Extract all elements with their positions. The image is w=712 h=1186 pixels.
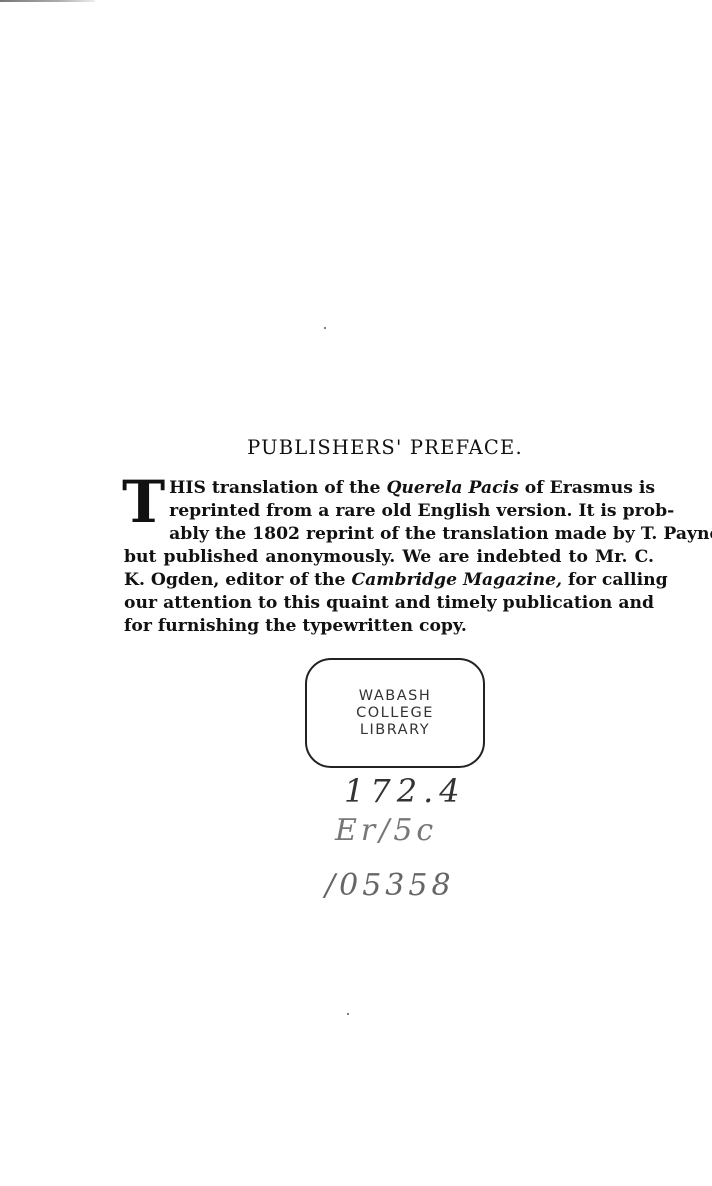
paragraph-line: for furnishing the typewritten copy.: [124, 615, 654, 638]
paragraph-line: but published anonymously. We are indebt…: [124, 546, 654, 569]
page-title: PUBLISHERS' PREFACE.: [0, 436, 712, 459]
stamp-line: LIBRARY: [360, 722, 430, 739]
paragraph-line: our attention to this quaint and timely …: [124, 592, 654, 615]
handwritten-cutter-number: Er/5c: [335, 813, 437, 848]
stamp-line: WABASH: [359, 688, 431, 705]
stamp-line: COLLEGE: [356, 705, 434, 722]
drop-cap: T: [122, 479, 165, 525]
paragraph-line: HIS translation of the Querela Pacis of …: [124, 477, 654, 500]
handwritten-call-number: 172.4: [344, 772, 466, 810]
paragraph-line: K. Ogden, editor of the Cambridge Magazi…: [124, 569, 654, 592]
scan-edge-artifact: [0, 0, 95, 2]
handwritten-accession-number: /05358: [325, 868, 455, 903]
paragraph-line: reprinted from a rare old English versio…: [124, 500, 654, 523]
library-stamp: WABASH COLLEGE LIBRARY: [305, 658, 485, 768]
preface-paragraph: T HIS translation of the Querela Pacis o…: [124, 477, 654, 638]
paragraph-line: ably the 1802 reprint of the translation…: [124, 523, 654, 546]
scan-speck: [324, 327, 326, 329]
scan-speck: [347, 1013, 349, 1015]
